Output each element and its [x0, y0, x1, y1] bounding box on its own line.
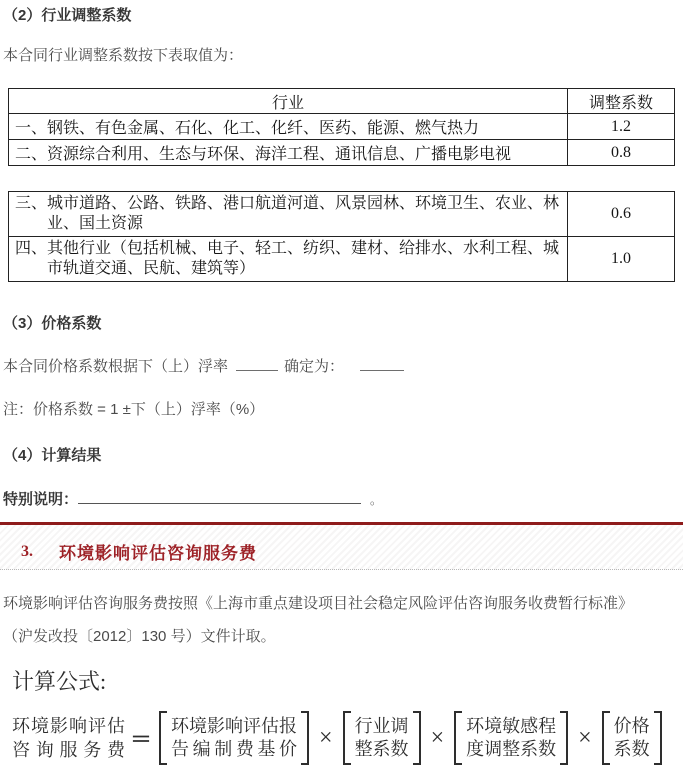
equals-sign: ＝: [130, 723, 152, 754]
special-note-period: 。: [370, 493, 382, 507]
industry-coefficient-table-1: 行业 调整系数 一、钢铁、有色金属、石化、化工、化纤、医药、能源、燃气热力 1.…: [8, 88, 675, 166]
left-bracket: [343, 711, 351, 765]
coefficient-cell: 0.6: [568, 192, 675, 237]
coefficient-cell: 1.2: [568, 114, 675, 140]
special-note-blank: [78, 490, 361, 504]
coefficient-cell: 0.8: [568, 140, 675, 166]
price-sentence: 本合同价格系数根据下（上）浮率确定为：: [3, 357, 699, 377]
price-sentence-middle: 确定为：: [284, 358, 344, 375]
calculation-result-heading: （4）计算结果: [3, 447, 699, 465]
formula-lhs-line1: 环境影响评估: [12, 714, 125, 738]
env-fee-paragraph: 环境影响评估咨询服务费按照《上海市重点建设项目社会稳定风险评估咨询服务收费暂行标…: [3, 587, 699, 653]
env-fee-paragraph-line1: 环境影响评估咨询服务费按照《上海市重点建设项目社会稳定风险评估咨询服务收费暂行标…: [3, 587, 699, 620]
price-coefficient-heading: （3）价格系数: [3, 315, 699, 333]
industry-column-header: 行业: [9, 89, 568, 114]
formula-term-price-coef: 价格 系数: [602, 711, 662, 765]
industry-cell: 一、钢铁、有色金属、石化、化工、化纤、医药、能源、燃气热力: [9, 114, 568, 140]
term-line1: 价格: [614, 715, 650, 738]
multiplication-sign: ×: [319, 726, 333, 750]
industry-cell: 四、其他行业（包括机械、电子、轻工、纺织、建材、给排水、水利工程、城市轨道交通、…: [9, 237, 568, 282]
formula-lhs: 环境影响评估 咨询服务费: [12, 714, 125, 762]
industry-coefficient-table-2: 三、城市道路、公路、铁路、港口航道河道、风景园林、环境卫生、农业、林业、国土资源…: [8, 191, 675, 282]
table-header-row: 行业 调整系数: [9, 89, 675, 114]
env-section-number: 3.: [21, 543, 33, 561]
term-line2: 度调整系数: [466, 738, 556, 761]
formula-label: 计算公式:: [12, 668, 699, 696]
term-line2: 系数: [614, 738, 650, 761]
formula-term-sensitivity-coef: 环境敏感程 度调整系数: [454, 711, 568, 765]
right-bracket: [301, 711, 309, 765]
fee-formula: 环境影响评估 咨询服务费 ＝ 环境影响评估报 告编制费基价 × 行业调 整系数 …: [12, 711, 699, 765]
left-bracket: [159, 711, 167, 765]
formula-lhs-line2: 咨询服务费: [12, 738, 125, 762]
term-line1: 行业调: [355, 715, 409, 738]
price-sentence-prefix: 本合同价格系数根据下（上）浮率: [3, 358, 228, 375]
special-note-line: 特别说明：。: [3, 489, 699, 511]
env-section-title: 环境影响评估咨询服务费: [59, 539, 257, 564]
env-fee-paragraph-line2: （沪发改投〔2012〕130 号）文件计取。: [3, 620, 699, 653]
right-bracket: [654, 711, 662, 765]
float-rate-blank: [236, 358, 278, 371]
term-line2: 告编制费基价: [171, 738, 297, 761]
document: （2）行业调整系数 本合同行业调整系数按下表取值为： 行业 调整系数 一、钢铁、…: [0, 7, 699, 765]
env-section-heading-band: 3. 环境影响评估咨询服务费: [0, 525, 683, 570]
industry-cell: 三、城市道路、公路、铁路、港口航道河道、风景园林、环境卫生、农业、林业、国土资源: [9, 192, 568, 237]
right-bracket: [413, 711, 421, 765]
industry-coefficient-heading: （2）行业调整系数: [3, 7, 699, 25]
left-bracket: [602, 711, 610, 765]
determined-value-blank: [360, 358, 404, 371]
special-note-label: 特别说明：: [3, 491, 78, 508]
formula-term-base-price: 环境影响评估报 告编制费基价: [159, 711, 309, 765]
table-row: 三、城市道路、公路、铁路、港口航道河道、风景园林、环境卫生、农业、林业、国土资源…: [9, 192, 675, 237]
coefficient-column-header: 调整系数: [568, 89, 675, 114]
table-row: 一、钢铁、有色金属、石化、化工、化纤、医药、能源、燃气热力 1.2: [9, 114, 675, 140]
multiplication-sign: ×: [578, 726, 592, 750]
industry-cell: 二、资源综合利用、生态与环保、海洋工程、通讯信息、广播电影电视: [9, 140, 568, 166]
price-formula-note: 注：价格系数 = 1 ±下（上）浮率（%）: [3, 400, 699, 420]
term-line1: 环境影响评估报: [171, 715, 297, 738]
coefficient-cell: 1.0: [568, 237, 675, 282]
term-line1: 环境敏感程: [466, 715, 556, 738]
industry-table-intro: 本合同行业调整系数按下表取值为：: [3, 47, 699, 65]
term-line2: 整系数: [355, 738, 409, 761]
multiplication-sign: ×: [431, 726, 445, 750]
right-bracket: [560, 711, 568, 765]
formula-term-industry-coef: 行业调 整系数: [343, 711, 421, 765]
table-row: 二、资源综合利用、生态与环保、海洋工程、通讯信息、广播电影电视 0.8: [9, 140, 675, 166]
table-row: 四、其他行业（包括机械、电子、轻工、纺织、建材、给排水、水利工程、城市轨道交通、…: [9, 237, 675, 282]
left-bracket: [454, 711, 462, 765]
